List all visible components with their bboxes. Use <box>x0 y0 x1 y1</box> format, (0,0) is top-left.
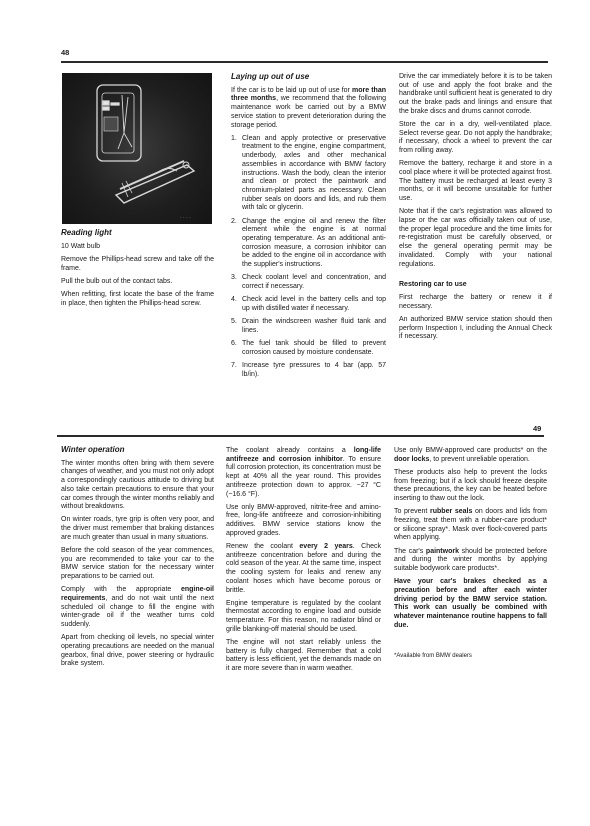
paragraph: On winter roads, tyre grip is often very… <box>61 516 214 542</box>
paragraph: When refitting, first locate the base of… <box>61 291 214 308</box>
list-item: 6.The fuel tank should be filled to prev… <box>231 340 386 357</box>
list-item: 4.Check acid level in the battery cells … <box>231 296 386 313</box>
subheading: Restoring car to use <box>399 281 552 290</box>
paragraph: First recharge the battery or renew it i… <box>399 294 552 311</box>
page-number: 49 <box>533 424 541 433</box>
paragraph: The winter months often bring with them … <box>61 460 214 512</box>
paragraph: Use only BMW-approved, nitrite-free and … <box>226 504 381 539</box>
header-rule <box>57 435 544 437</box>
maintenance-list: 1.Clean and apply protective or preserva… <box>231 135 386 380</box>
paragraph: Renew the coolant every 2 years. Check a… <box>226 543 381 595</box>
paragraph-brakes: Have your car's brakes checked as a prec… <box>394 578 547 630</box>
reading-light-section: Reading light 10 Watt bulb Remove the Ph… <box>61 229 214 313</box>
paragraph: The engine will not start reliably unles… <box>226 639 381 674</box>
reading-light-illustration-icon: · · · · <box>62 73 212 224</box>
paragraph: Use only BMW-approved care products* on … <box>394 447 547 464</box>
paragraph: Apart from checking oil levels, no speci… <box>61 634 214 669</box>
coolant-section: The coolant already contains a long-life… <box>226 447 381 678</box>
paragraph: The car's paintwork should be protected … <box>394 548 547 574</box>
winter-operation-section: Winter operation The winter months often… <box>61 446 214 674</box>
laying-up-section: Laying up out of use If the car is to be… <box>231 73 386 384</box>
locks-paint-brakes-section: Use only BMW-approved care products* on … <box>394 447 547 661</box>
paragraph: Remove the battery, recharge it and stor… <box>399 160 552 204</box>
storage-section: Drive the car immediately before it is t… <box>399 73 552 346</box>
svg-text:· · · ·: · · · · <box>180 215 191 221</box>
section-heading: Laying up out of use <box>231 73 386 82</box>
paragraph: These products also help to prevent the … <box>394 469 547 504</box>
paragraph: If the car is to be laid up out of use f… <box>231 87 386 131</box>
reading-light-photo: · · · · <box>62 73 212 224</box>
paragraph: Remove the Phillips-head screw and take … <box>61 256 214 273</box>
emphasis: every 2 years <box>299 543 352 550</box>
paragraph: 10 Watt bulb <box>61 243 214 252</box>
section-heading: Winter operation <box>61 446 214 455</box>
list-item: 7.Increase tyre pressures to 4 bar (app.… <box>231 362 386 379</box>
paragraph: Drive the car immediately before it is t… <box>399 73 552 117</box>
paragraph: Store the car in a dry, well-ventilated … <box>399 121 552 156</box>
footnote: *Available from BMW dealers <box>394 652 547 661</box>
section-heading: Reading light <box>61 229 214 238</box>
emphasis: door locks <box>394 456 429 463</box>
header-rule <box>61 61 548 63</box>
list-item: 1.Clean and apply protective or preserva… <box>231 135 386 213</box>
emphasis: paintwork <box>426 548 459 555</box>
paragraph: Pull the bulb out of the contact tabs. <box>61 278 214 287</box>
page-number: 48 <box>61 48 69 57</box>
paragraph: To prevent rubber seals on doors and lid… <box>394 508 547 543</box>
emphasis: rubber seals <box>430 508 472 515</box>
paragraph: Note that if the car's registration was … <box>399 208 552 269</box>
list-item: 3.Check coolant level and concentration,… <box>231 274 386 291</box>
list-item: 5.Drain the windscreen washer fluid tank… <box>231 318 386 335</box>
paragraph: Engine temperature is regulated by the c… <box>226 600 381 635</box>
paragraph: Before the cold season of the year comme… <box>61 547 214 582</box>
paragraph: The coolant already contains a long-life… <box>226 447 381 499</box>
list-item: 2.Change the engine oil and renew the fi… <box>231 218 386 270</box>
paragraph: Comply with the appropriate engine-oil r… <box>61 586 214 630</box>
paragraph: An authorized BMW service station should… <box>399 316 552 342</box>
